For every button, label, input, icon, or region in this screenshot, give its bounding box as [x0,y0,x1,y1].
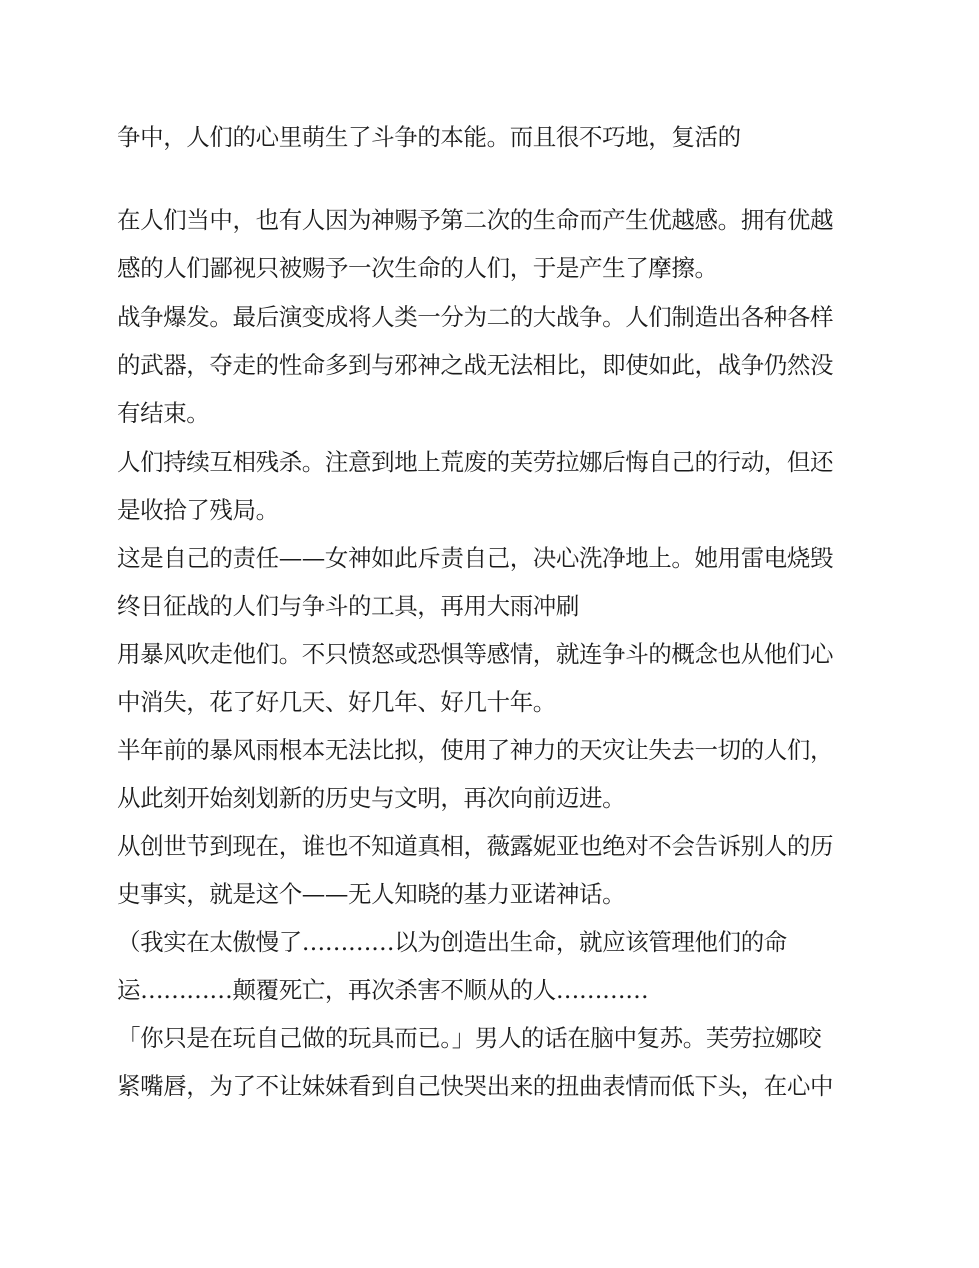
text-line: 中消失，花了好几天、好几年、好几十年。 [117,687,877,717]
text-line: 「你只是在玩自己做的玩具而已。」男人的话在脑中复苏。芙劳拉娜咬 [117,1023,877,1053]
text-line: 半年前的暴风雨根本无法比拟，使用了神力的天灾让失去一切的人们， [117,735,877,765]
text-line: 从此刻开始刻划新的历史与文明，再次向前迈进。 [117,783,877,813]
text-line: 是收拾了残局。 [117,495,877,525]
text-line: 有结束。 [117,398,877,428]
document-page: 争中，人们的心里萌生了斗争的本能。而且很不巧地，复活的 在人们当中，也有人因为神… [0,0,979,1268]
text-line: 感的人们鄙视只被赐予一次生命的人们，于是产生了摩擦。 [117,253,877,283]
text-line: 的武器，夺走的性命多到与邪神之战无法相比，即使如此，战争仍然没 [117,350,877,380]
text-line: 运…………颠覆死亡，再次杀害不顺从的人………… [117,975,877,1005]
text-line: 战争爆发。最后演变成将人类一分为二的大战争。人们制造出各种各样 [117,302,877,332]
text-line: 用暴风吹走他们。不只愤怒或恐惧等感情，就连争斗的概念也从他们心 [117,639,877,669]
text-line: 这是自己的责任——女神如此斥责自己，决心洗净地上。她用雷电烧毁 [117,543,877,573]
text-line: 人们持续互相残杀。注意到地上荒废的芙劳拉娜后悔自己的行动，但还 [117,447,877,477]
text-line: （我实在太傲慢了…………以为创造出生命，就应该管理他们的命 [117,927,877,957]
text-line: 争中，人们的心里萌生了斗争的本能。而且很不巧地，复活的 [117,122,877,152]
text-line: 史事实，就是这个——无人知晓的基力亚诺神话。 [117,879,877,909]
text-line: 从创世节到现在，谁也不知道真相，薇露妮亚也绝对不会告诉别人的历 [117,831,877,861]
text-line: 紧嘴唇，为了不让妹妹看到自己快哭出来的扭曲表情而低下头，在心中 [117,1071,877,1101]
text-line: 在人们当中，也有人因为神赐予第二次的生命而产生优越感。拥有优越 [117,205,877,235]
text-line: 终日征战的人们与争斗的工具，再用大雨冲刷 [117,591,877,621]
